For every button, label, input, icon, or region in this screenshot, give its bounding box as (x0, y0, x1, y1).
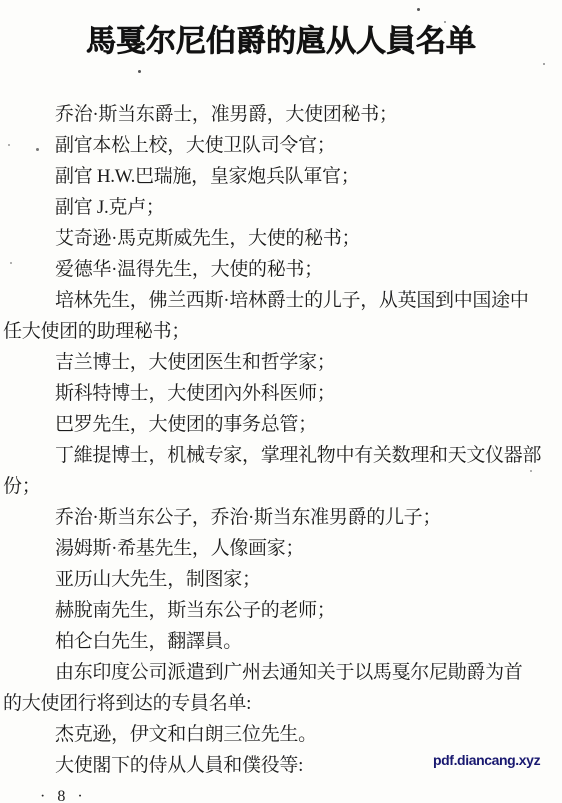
scan-speck (138, 70, 141, 73)
body-line: 赫脫南先生，斯当东公子的老师； (3, 595, 559, 626)
body-line: 由东印度公司派遣到广州去通知关于以馬戛尔尼勛爵为首 (3, 657, 559, 688)
body-line: 杰克逊，伊文和白朗三位先生。 (3, 719, 559, 750)
document-page: 馬戛尔尼伯爵的扈从人員名单 乔治·斯当东爵士，准男爵，大使团秘书；副官本松上校，… (0, 0, 562, 803)
scan-speck (8, 144, 10, 146)
body-line: 湯姆斯·希基先生，人像画家； (3, 533, 559, 564)
body-line: 丁維提博士，机械专家，掌理礼物中有关数理和天文仪器部 (3, 440, 559, 471)
scan-speck (417, 8, 420, 11)
body-line: 培林先生，佛兰西斯·培林爵士的儿子，从英国到中国途中 (3, 285, 559, 316)
body-line: 副官 H.W.巴瑞施，皇家炮兵队軍官； (3, 161, 559, 192)
body-line: 副官 J.克卢； (3, 192, 559, 223)
body-line: 副官本松上校，大使卫队司令官； (3, 130, 559, 161)
watermark: pdf.diancang.xyz (433, 752, 540, 768)
page-number: · 8 · (40, 788, 87, 803)
body-line: 爱德华·温得先生，大使的秘书； (3, 254, 559, 285)
scan-speck (543, 63, 545, 65)
scan-speck (530, 470, 532, 472)
body-line: 吉兰博士，大使团医生和哲学家； (3, 347, 559, 378)
body-line: 柏仑白先生，翻譯員。 (3, 626, 559, 657)
body-line: 乔治·斯当东爵士，准男爵，大使团秘书； (3, 99, 559, 130)
body-line: 艾奇逊·馬克斯威先生，大使的秘书； (3, 223, 559, 254)
body-line: 斯科特博士，大使团內外科医师； (3, 378, 559, 409)
body-line: 乔治·斯当东公子，乔治·斯当东准男爵的儿子； (3, 502, 559, 533)
body-line: 的大使团行将到达的专員名单: (3, 688, 559, 719)
scan-speck (10, 262, 12, 264)
body-line: 巴罗先生，大使团的事务总管； (3, 409, 559, 440)
body-text: 乔治·斯当东爵士，准男爵，大使团秘书；副官本松上校，大使卫队司令官；副官 H.W… (3, 99, 559, 781)
body-line: 任大使团的助理秘书； (3, 316, 559, 347)
scan-speck (36, 148, 39, 151)
body-line: 份； (3, 471, 559, 502)
scan-speck (444, 21, 446, 23)
page-title: 馬戛尔尼伯爵的扈从人員名单 (0, 24, 562, 60)
body-line: 亚历山大先生，制图家； (3, 564, 559, 595)
